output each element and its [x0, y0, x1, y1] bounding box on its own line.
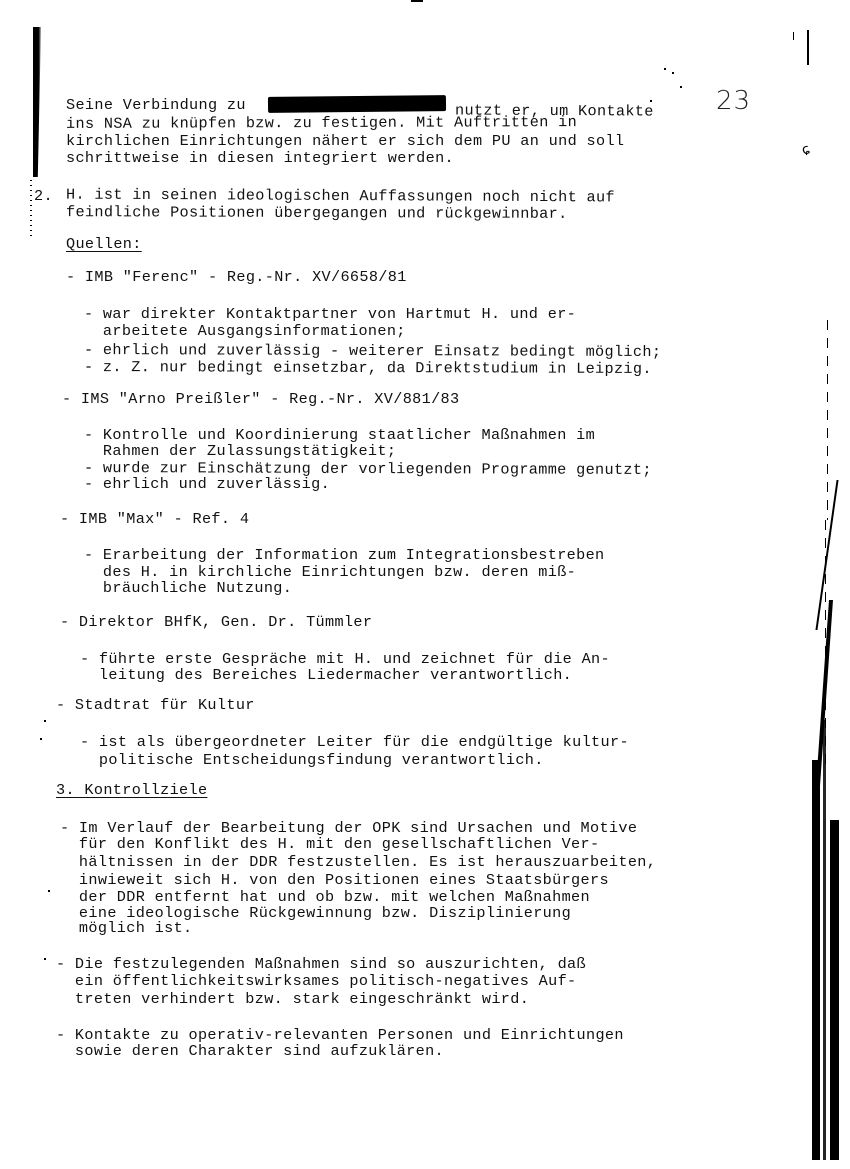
sources-heading: Quellen: [66, 236, 142, 252]
source-1-line-3: - ehrlich und zuverlässig - weiterer Ein… [84, 342, 661, 360]
scan-artifact-right-edge [770, 0, 850, 1169]
page-number: 23 [716, 86, 751, 116]
goal-1-line-7: möglich ist. [60, 920, 193, 936]
source-5-line-2: politische Entscheidungsfindung verantwo… [80, 752, 544, 768]
point-2-number: 2. [34, 188, 53, 204]
scanned-document-page: ɕ 23 Seine Verbindung zu nutzt er, um Ko… [0, 0, 850, 1169]
source-4-title: - Direktor BHfK, Gen. Dr. Tümmler [60, 614, 372, 630]
goal-2-line-2: ein öffentlichkeitswirksames politisch-n… [56, 973, 577, 989]
intro-line-3: kirchlichen Einrichtungen nähert er sich… [66, 133, 624, 149]
scan-artifact-top [411, 0, 423, 2]
scan-artifact-left-dots [30, 180, 32, 240]
source-3-line-2: des H. in kirchliche Einrichtungen bzw. … [84, 564, 576, 580]
point-2-line-2: feindliche Positionen übergegangen und r… [66, 204, 568, 222]
point-3-heading: 3. Kontrollziele [56, 782, 207, 798]
goal-2-line-1: - Die festzulegenden Maßnahmen sind so a… [56, 956, 586, 972]
goal-1-line-2: für den Konflikt des H. mit den gesellsc… [60, 836, 599, 852]
source-2-title: - IMS "Arno Preißler" - Reg.-Nr. XV/881/… [62, 391, 460, 407]
goal-2-line-3: treten verhindert bzw. stark eingeschrän… [56, 991, 529, 1007]
source-5-line-1: - ist als übergeordneter Leiter für die … [80, 734, 629, 750]
intro-line-2: ins NSA zu knüpfen bzw. zu festigen. Mit… [66, 114, 577, 132]
intro-line-4: schrittweise in diesen integriert werden… [66, 150, 454, 166]
intro-line-1a: Seine Verbindung zu [66, 97, 246, 113]
source-1-line-2: arbeitete Ausgangsinformationen; [84, 323, 406, 339]
goal-1-line-4: inwieweit sich H. von den Positionen ein… [60, 872, 609, 888]
goal-3-line-2: sowie deren Charakter sind aufzuklären. [56, 1043, 444, 1059]
source-2-line-1: - Kontrolle und Koordinierung staatliche… [84, 427, 595, 443]
source-1-title: - IMB "Ferenc" - Reg.-Nr. XV/6658/81 [66, 269, 407, 285]
source-1-line-4: - z. Z. nur bedingt einsetzbar, da Direk… [84, 359, 652, 377]
source-5-title: - Stadtrat für Kultur [56, 697, 255, 713]
redaction-bar [268, 95, 446, 113]
source-4-line-2: leitung des Bereiches Liedermacher veran… [80, 667, 572, 683]
source-2-line-2: Rahmen der Zulassungstätigkeit; [84, 443, 396, 459]
source-3-line-3: bräuchliche Nutzung. [84, 580, 292, 596]
source-3-title: - IMB "Max" - Ref. 4 [60, 511, 249, 527]
scan-artifact-left-edge [33, 27, 41, 177]
goal-3-line-1: - Kontakte zu operativ-relevanten Person… [56, 1027, 624, 1043]
source-1-line-1: - war direkter Kontaktpartner von Hartmu… [84, 306, 576, 322]
goal-1-line-1: - Im Verlauf der Bearbeitung der OPK sin… [60, 820, 637, 836]
source-3-line-1: - Erarbeitung der Information zum Integr… [84, 547, 605, 563]
goal-1-line-5: der DDR entfernt hat und ob bzw. mit wel… [60, 889, 590, 905]
goal-1-line-3: hältnissen in der DDR festzustellen. Es … [60, 854, 656, 870]
source-4-line-1: - führte erste Gespräche mit H. und zeic… [80, 651, 610, 667]
source-2-line-4: - ehrlich und zuverlässig. [84, 476, 330, 492]
